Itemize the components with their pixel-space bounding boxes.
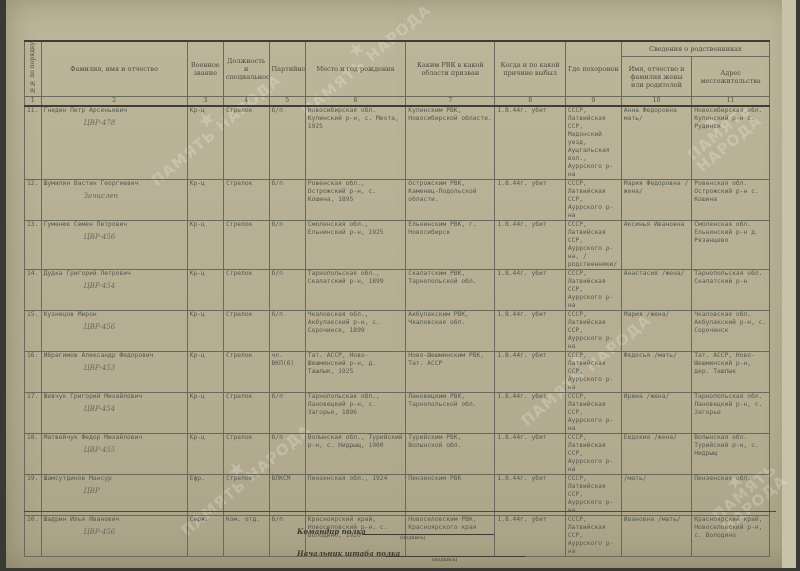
relative-address: Ровенская обл. Острожский р-н с. Кошина: [692, 179, 770, 220]
soldier-name-text: Шевчук Григорий Михайлович: [44, 393, 143, 400]
position: Стрелок: [223, 106, 269, 180]
soldier-name-text: Кузнецов Мирон: [44, 311, 97, 318]
party-membership: б/п: [269, 106, 305, 180]
party-membership: б/п: [269, 269, 305, 310]
military-rank: Кр-ц: [187, 220, 223, 269]
chief-of-staff-signature-caption: (подпись): [432, 557, 458, 563]
relative-address: Волынская обл. Турийский р-н, с. Нидрыщ: [692, 433, 770, 474]
date-reason-left: 1.8.44г. убит: [495, 106, 565, 180]
soldier-name-text: Ибрагимов Александр Федорович: [44, 352, 154, 359]
footer-divider: [24, 511, 776, 512]
col-header-draft: Каким РВК в какой области призван: [406, 41, 495, 96]
table-row: 15.Кузнецов МиронЦВР-456Кр-цСтрелокб/пЧк…: [25, 310, 770, 351]
row-number: 19.: [25, 474, 42, 515]
commander-signature-line: [362, 533, 494, 535]
draft-office: Скалатским РВК, Тарнопольской обл.: [406, 269, 495, 310]
soldier-name-text: Дудка Григорий Петрович: [44, 270, 131, 277]
col-number: 3: [187, 96, 223, 106]
military-rank: Кр-ц: [187, 106, 223, 180]
relative-name: Ирина /жена/: [621, 392, 691, 433]
col-number: 4: [223, 96, 269, 106]
handwritten-note: ЦВР-453: [84, 364, 185, 372]
commander-signature-caption: (подпись): [400, 535, 426, 541]
military-rank: Серж.: [187, 515, 223, 556]
col-header-position: Должность и специальность: [223, 41, 269, 96]
military-rank: Кр-ц: [187, 433, 223, 474]
col-number: 2: [41, 96, 187, 106]
soldier-name: Шадрин Илья ИвановичЦВР-456: [41, 515, 187, 556]
relative-name: Федосья /мать/: [621, 351, 691, 392]
party-membership: б/п: [269, 220, 305, 269]
soldier-name: Гуменюк Семен ПетровичЦВР-456: [41, 220, 187, 269]
relative-name: Анастасия /жена/: [621, 269, 691, 310]
date-reason-left: 1.8.44г. убит: [495, 351, 565, 392]
row-number: 17.: [25, 392, 42, 433]
col-number: 5: [269, 96, 305, 106]
col-header-birth: Место и год рождения: [305, 41, 406, 96]
party-membership: б/п: [269, 310, 305, 351]
col-number: 1: [25, 96, 42, 106]
birth-place-year: Смоленская обл., Ельнинский р-н, 1925: [305, 220, 406, 269]
burial-place: СССР, Латвийская ССР, Ауррского р-на: [565, 474, 621, 515]
draft-office: Острожским РВК, Каменец-Подольской облас…: [406, 179, 495, 220]
row-number: 18.: [25, 433, 42, 474]
page-edge: [782, 0, 796, 568]
birth-place-year: Пензенская обл., 1924: [305, 474, 406, 515]
relative-name: Мария Федоровна /жена/: [621, 179, 691, 220]
table-row: 12.Шумилин Вастин ГеоргиевичЗачисленКр-ц…: [25, 179, 770, 220]
row-number: 14.: [25, 269, 42, 310]
burial-place: СССР, Латвийская ССР, Ауррского р-на, /р…: [565, 220, 621, 269]
position: Стрелок: [223, 392, 269, 433]
relative-address: Красноярский край, Новоселовский р-н, с.…: [692, 515, 770, 556]
military-rank: Кр-ц: [187, 392, 223, 433]
handwritten-note: ЦВР-456: [84, 528, 185, 536]
relative-address: Чкаловская обл. Акбулакский р-н, с. Соро…: [692, 310, 770, 351]
draft-office: Купинским РВК, Новосибирской области.: [406, 106, 495, 180]
party-membership: б/п: [269, 179, 305, 220]
burial-place: СССР, Латвийская ССР, Ауррского р-на: [565, 392, 621, 433]
burial-place: СССР, Латвийская ССР, Ауррского р-на: [565, 515, 621, 556]
soldier-name: Ибрагимов Александр ФедоровичЦВР-453: [41, 351, 187, 392]
relative-name: /мать/: [621, 474, 691, 515]
date-reason-left: 1.8.44г. убит: [495, 269, 565, 310]
burial-place: СССР, Латвийская ССР, Ауррского р-на: [565, 433, 621, 474]
military-rank: Кр-ц: [187, 351, 223, 392]
soldier-name-text: Шамсутдинов Мансур: [44, 475, 112, 482]
draft-office: Акбулакским РВК, Чкаловская обл.: [406, 310, 495, 351]
relative-name: Евдокия /жена/: [621, 433, 691, 474]
table-row: 17.Шевчук Григорий МихайловичЦВР-454Кр-ц…: [25, 392, 770, 433]
soldier-name-text: Шумилин Вастин Георгиевич: [44, 180, 139, 187]
soldier-name-text: Шадрин Илья Иванович: [44, 516, 120, 523]
party-membership: б/п: [269, 392, 305, 433]
birth-place-year: Тарнопольская обл., Лановецкий р-н, с. З…: [305, 392, 406, 433]
birth-place-year: Тарнопольская обл., Скалатский р-н, 1899: [305, 269, 406, 310]
relative-name: Аксинья Ивановна: [621, 220, 691, 269]
date-reason-left: 1.8.44г. убит: [495, 433, 565, 474]
row-number: 20.: [25, 515, 42, 556]
position: Стрелок: [223, 351, 269, 392]
table-row: 13.Гуменюк Семен ПетровичЦВР-456Кр-цСтре…: [25, 220, 770, 269]
date-reason-left: 1.8.44г. убит: [495, 310, 565, 351]
relative-name: Ивановна /мать/: [621, 515, 691, 556]
birth-place-year: Чкаловская обл., Акбулакский р-н, с. Сор…: [305, 310, 406, 351]
col-number: 9: [565, 96, 621, 106]
table-row: 16.Ибрагимов Александр ФедоровичЦВР-453К…: [25, 351, 770, 392]
relative-name: Мария /жена/: [621, 310, 691, 351]
burial-place: СССР, Латвийская ССР, Ауррского р-на: [565, 310, 621, 351]
soldier-name-text: Гуменюк Семен Петрович: [44, 221, 127, 228]
table-row: 18.Матвейчук Федор МихайловичЦВР-455Кр-ц…: [25, 433, 770, 474]
col-header-relative-name: Имя, отчество и фамилия жены или родител…: [621, 57, 691, 96]
handwritten-note: ЦВР-456: [84, 323, 185, 331]
position: Стрелок: [223, 474, 269, 515]
handwritten-note: ЦВР-478: [84, 119, 185, 127]
col-header-name: Фамилия, имя и отчество: [41, 41, 187, 96]
row-number: 11.: [25, 106, 42, 180]
relative-address: Тарнопольская обл. Лановецкий р-н, с. За…: [692, 392, 770, 433]
date-reason-left: 1.8.44г. убит: [495, 474, 565, 515]
position: Стрелок: [223, 220, 269, 269]
date-reason-left: 1.8.44г. убит: [495, 392, 565, 433]
burial-place: СССР, Латвийская ССР, Ауррского р-на: [565, 269, 621, 310]
birth-place-year: Ровенская обл., Острожский р-н, с. Кошин…: [305, 179, 406, 220]
burial-place: СССР, Латвийская ССР, Ауррского р-на: [565, 351, 621, 392]
col-number: 7: [406, 96, 495, 106]
position: Стрелок: [223, 433, 269, 474]
col-number: 11: [692, 96, 770, 106]
handwritten-note: ЦВР-454: [84, 282, 185, 290]
military-rank: Кр-ц: [187, 269, 223, 310]
party-membership: б/п: [269, 433, 305, 474]
row-number: 12.: [25, 179, 42, 220]
relative-name: Анна Федоровна мать/: [621, 106, 691, 180]
birth-place-year: Новосибирская обл. Купинский р-н, с. Мех…: [305, 106, 406, 180]
burial-place: СССР, Латвийская ССР, Мадонский уезд, Ау…: [565, 106, 621, 180]
handwritten-note: Зачислен: [84, 192, 185, 200]
table-row: 19.Шамсутдинов МансурЦВРЕфр.СтрелокВЛКСМ…: [25, 474, 770, 515]
soldier-name: Гнидин Петр АрсеньевичЦВР-478: [41, 106, 187, 180]
col-header-party: Партийность: [269, 41, 305, 96]
soldier-name-text: Матвейчук Федор Михайлович: [44, 434, 143, 441]
handwritten-note: ЦВР-454: [84, 405, 185, 413]
col-header-relatives: Сведения о родственниках: [621, 41, 769, 57]
relative-address: Пензенская обл.: [692, 474, 770, 515]
table-row: 14.Дудка Григорий ПетровичЦВР-454Кр-цСтр…: [25, 269, 770, 310]
burial-place: СССР, Латвийская ССР, Ауррского р-на: [565, 179, 621, 220]
birth-place-year: Волынская обл., Турийский р-н, с. Нидрыщ…: [305, 433, 406, 474]
position: Стрелок: [223, 269, 269, 310]
handwritten-note: ЦВР-455: [84, 446, 185, 454]
handwritten-note: ЦВР-456: [84, 233, 185, 241]
draft-office: Ельнинским РВК, г. Новосибирск: [406, 220, 495, 269]
row-number: 16.: [25, 351, 42, 392]
casualty-table: №№ по порядку Фамилия, имя и отчество Во…: [24, 40, 770, 557]
handwritten-note: ЦВР: [84, 487, 185, 495]
col-header-address: Адрес местожительства: [692, 57, 770, 96]
draft-office: Лановецким РВК, Тарнопольской обл.: [406, 392, 495, 433]
military-rank: Ефр.: [187, 474, 223, 515]
soldier-name: Шумилин Вастин ГеоргиевичЗачислен: [41, 179, 187, 220]
relative-address: Смоленская обл. Ельнинский р-н д. Рязанц…: [692, 220, 770, 269]
soldier-name: Шевчук Григорий МихайловичЦВР-454: [41, 392, 187, 433]
position: Стрелок: [223, 179, 269, 220]
draft-office: Пензенским РВК: [406, 474, 495, 515]
military-rank: Кр-ц: [187, 179, 223, 220]
relative-address: Тат. АССР, Ново-Шешминский р-н, дер. Таш…: [692, 351, 770, 392]
col-header-left: Когда и по какой причине выбыл: [495, 41, 565, 96]
col-number: 8: [495, 96, 565, 106]
date-reason-left: 1.8.44г. убит: [495, 515, 565, 556]
row-number: 15.: [25, 310, 42, 351]
draft-office: Турийским РВК, Волынской обл.: [406, 433, 495, 474]
col-header-number: №№ по порядку: [25, 41, 42, 96]
party-membership: чл. ВКП(б): [269, 351, 305, 392]
col-number: 10: [621, 96, 691, 106]
soldier-name: Матвейчук Федор МихайловичЦВР-455: [41, 433, 187, 474]
soldier-name: Дудка Григорий ПетровичЦВР-454: [41, 269, 187, 310]
military-rank: Кр-ц: [187, 310, 223, 351]
soldier-name: Шамсутдинов МансурЦВР: [41, 474, 187, 515]
position: Ком. отд.: [223, 515, 269, 556]
date-reason-left: 1.8.44г. убит: [495, 220, 565, 269]
col-header-rank: Военное звание: [187, 41, 223, 96]
col-header-buried: Где похоронен: [565, 41, 621, 96]
birth-place-year: Тат. АССР, Ново-Шешминский р-н, д. Ташлы…: [305, 351, 406, 392]
row-number: 13.: [25, 220, 42, 269]
soldier-name-text: Гнидин Петр Арсеньевич: [44, 107, 127, 114]
draft-office: Ново-Шешминским РВК, Тат. АССР: [406, 351, 495, 392]
table-row: 11.Гнидин Петр АрсеньевичЦВР-478Кр-цСтре…: [25, 106, 770, 180]
commander-label: Командир полка: [297, 527, 366, 536]
soldier-name: Кузнецов МиронЦВР-456: [41, 310, 187, 351]
date-reason-left: 1.8.44г. убит: [495, 179, 565, 220]
relative-address: Новосибирская обл. Купинский р-н с. Руди…: [692, 106, 770, 180]
relative-address: Тарнопольская обл. Скалатский р-н: [692, 269, 770, 310]
col-number: 6: [305, 96, 406, 106]
position: Стрелок: [223, 310, 269, 351]
party-membership: ВЛКСМ: [269, 474, 305, 515]
